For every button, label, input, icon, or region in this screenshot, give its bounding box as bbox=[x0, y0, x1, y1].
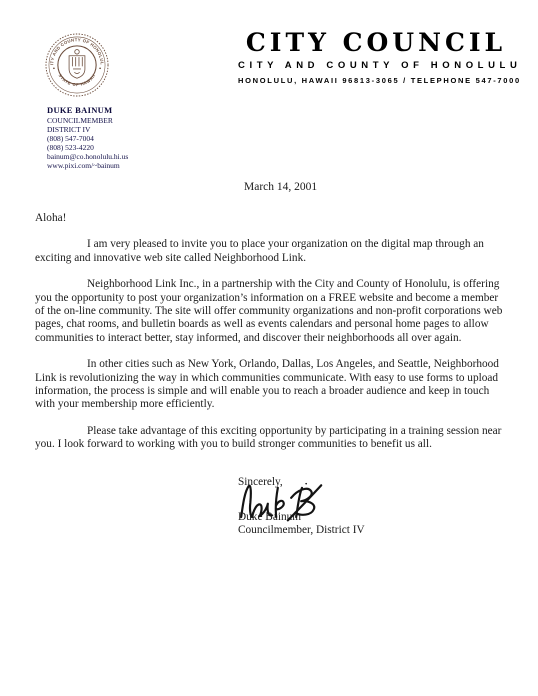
signed-title: Councilmember, District IV bbox=[238, 524, 365, 536]
signed-name: Duke Bainum bbox=[238, 511, 301, 523]
letter-date: March 14, 2001 bbox=[244, 181, 317, 193]
letterhead: CITY COUNCIL CITY AND COUNTY OF HONOLULU… bbox=[238, 30, 514, 85]
seal-crest bbox=[69, 50, 85, 79]
sender-email: bainum@co.honolulu.hi.us bbox=[47, 152, 197, 161]
sender-title: COUNCILMEMBER bbox=[47, 116, 197, 125]
letterhead-subtitle: CITY AND COUNTY OF HONOLULU bbox=[238, 60, 514, 71]
seal-ring-text-bottom: STATE OF HAWAII bbox=[58, 73, 97, 87]
signature-block: Sincerely, Duke Bainum Councilmember, Di… bbox=[236, 476, 456, 546]
seal-graphic: CITY AND COUNTY OF HONOLULU STATE OF HAW… bbox=[44, 32, 110, 98]
sender-phone-1: (808) 547-7004 bbox=[47, 134, 197, 143]
sender-name: DUKE BAINUM bbox=[47, 106, 197, 115]
sender-phone-2: (808) 523-4220 bbox=[47, 143, 197, 152]
letter-body: Aloha! I am very pleased to invite you t… bbox=[35, 212, 507, 465]
letterhead-address: HONOLULU, HAWAII 96813-3065 / TELEPHONE … bbox=[238, 76, 514, 85]
honolulu-seal: CITY AND COUNTY OF HONOLULU STATE OF HAW… bbox=[44, 32, 110, 98]
paragraph-3: In other cities such as New York, Orland… bbox=[35, 358, 507, 412]
paragraph-4: Please take advantage of this exciting o… bbox=[35, 425, 507, 452]
svg-text:STATE OF HAWAII: STATE OF HAWAII bbox=[58, 73, 97, 87]
paragraph-2: Neighborhood Link Inc., in a partnership… bbox=[35, 278, 507, 345]
contact-block: DUKE BAINUM COUNCILMEMBER DISTRICT IV (8… bbox=[47, 106, 197, 170]
sender-website: www.pixi.com/~bainum bbox=[47, 161, 197, 170]
salutation: Aloha! bbox=[35, 212, 507, 225]
letter-page: CITY AND COUNTY OF HONOLULU STATE OF HAW… bbox=[0, 0, 538, 696]
sender-district: DISTRICT IV bbox=[47, 125, 197, 134]
letterhead-title: CITY COUNCIL bbox=[238, 30, 514, 56]
paragraph-1: I am very pleased to invite you to place… bbox=[35, 238, 507, 265]
